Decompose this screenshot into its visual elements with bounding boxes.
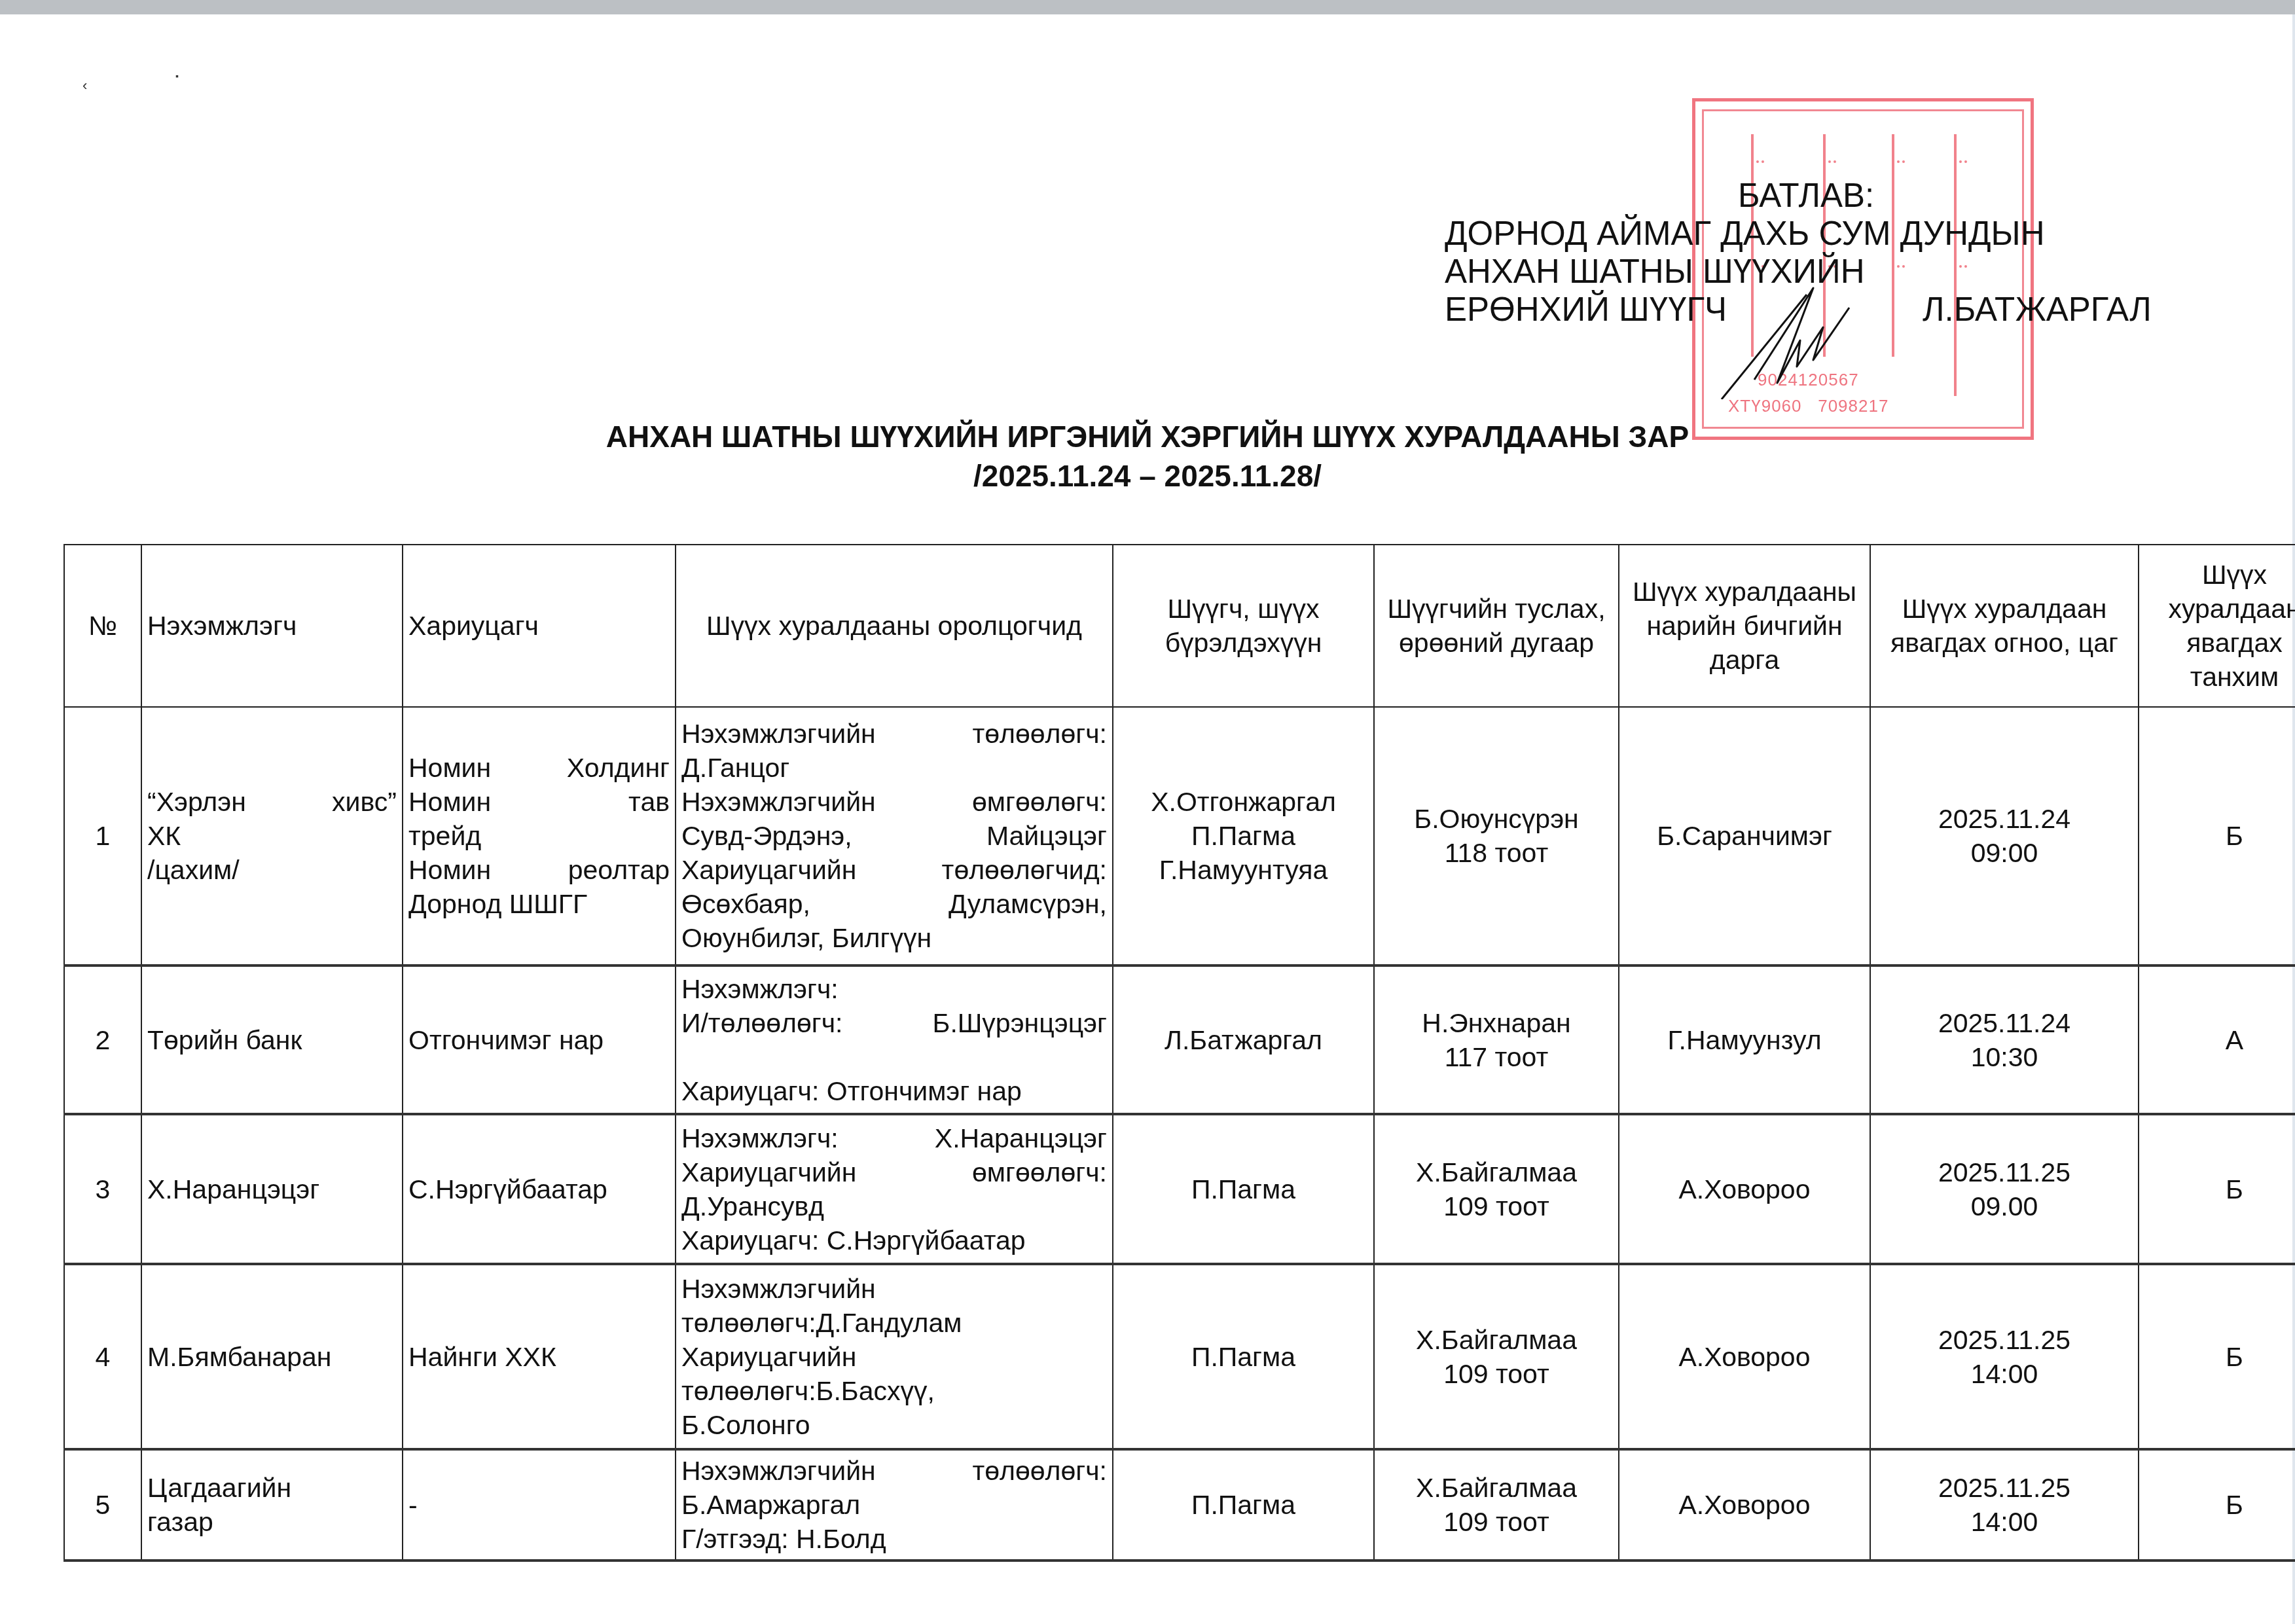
- assistant-cell: Х.Байгалмаа109 тоот: [1374, 1264, 1619, 1449]
- datetime-cell: 2025.11.2509.00: [1870, 1114, 2139, 1264]
- participants-cell-line: Хариуцагчийн өмгөөлөгч:: [681, 1155, 1107, 1189]
- scan-speck: ▪: [175, 71, 179, 81]
- judges-cell-line: Г.Намуунтуяа: [1119, 853, 1368, 887]
- defendant-cell-line: С.Нэргүйбаатар: [408, 1172, 670, 1206]
- assistant-cell-line: 109 тоот: [1380, 1189, 1613, 1223]
- chief-judge-name: Л.БАТЖАРГАЛ: [1923, 291, 2152, 329]
- header-participants: Шүүх хуралдааны оролцогчид: [676, 545, 1113, 707]
- approval-heading: БАТЛАВ:: [1738, 177, 1874, 215]
- participants-cell-line: Нэхэмжлэгчийн төлөөлөгч:: [681, 717, 1107, 751]
- datetime-cell-line: 2025.11.24: [1876, 1006, 2133, 1040]
- defendant-cell-line: Номин тав: [408, 785, 670, 819]
- clerk-cell: Г.Намуунзул: [1619, 965, 1870, 1114]
- datetime-cell-line: 2025.11.25: [1876, 1155, 2133, 1189]
- defendant-cell-line: -: [408, 1488, 670, 1522]
- table-header-row: № Нэхэмжлэгч Хариуцагч Шүүх хуралдааны о…: [64, 545, 2295, 707]
- defendant-cell: Найнги ХХК: [403, 1264, 676, 1449]
- assistant-cell-line: 109 тоот: [1380, 1357, 1613, 1391]
- assistant-cell-line: Х.Байгалмаа: [1380, 1323, 1613, 1357]
- defendant-cell-line: трейд: [408, 819, 670, 853]
- defendant-cell-line: Номин Холдинг: [408, 751, 670, 785]
- participants-cell-line: Б.Амаржаргал: [681, 1488, 1107, 1522]
- scan-speck: ‹: [82, 77, 87, 94]
- approval-line: ЕРӨНХИЙ ШҮҮГЧ: [1445, 291, 1727, 329]
- row-number: 5: [64, 1449, 141, 1561]
- assistant-cell: Н.Энхнаран117 тоот: [1374, 965, 1619, 1114]
- datetime-cell-line: 2025.11.25: [1876, 1471, 2133, 1505]
- table-row: 2Төрийн банкОтгончимэг нарНэхэмжлэгч:И/т…: [64, 965, 2295, 1114]
- judges-cell: П.Пагма: [1113, 1449, 1374, 1561]
- participants-cell-line: Сувд-Эрдэнэ, Майцэцэг: [681, 819, 1107, 853]
- signature: [1715, 268, 1885, 399]
- table-row: 5Цагдаагийнгазар-Нэхэмжлэгчийн төлөөлөгч…: [64, 1449, 2295, 1561]
- datetime-cell-line: 2025.11.25: [1876, 1323, 2133, 1357]
- participants-cell-line: Нэхэмжлэгчийн төлөөлөгч:: [681, 1454, 1107, 1488]
- table-row: 3Х.НаранцэцэгС.НэргүйбаатарНэхэмжлэгч: Х…: [64, 1114, 2295, 1264]
- assistant-cell: Б.Оюунсүрэн118 тоот: [1374, 707, 1619, 965]
- participants-cell-line: Хариуцагчийн төлөөлөгчид:: [681, 853, 1107, 887]
- participants-cell: Нэхэмжлэгчийн төлөөлөгч:Д.ГанцогНэхэмжлэ…: [676, 707, 1113, 965]
- plaintiff-cell-line: /цахим/: [147, 853, 397, 887]
- defendant-cell: Номин ХолдингНомин тавтрейдНомин реолтар…: [403, 707, 676, 965]
- datetime-cell-line: 14:00: [1876, 1357, 2133, 1391]
- header-defendant: Хариуцагч: [403, 545, 676, 707]
- plaintiff-cell-line: газар: [147, 1505, 397, 1539]
- participants-cell-line: Нэхэмжлэгчийн: [681, 1272, 1107, 1306]
- judges-cell-line: П.Пагма: [1119, 1340, 1368, 1374]
- room-cell: Б: [2139, 707, 2295, 965]
- room-cell: А: [2139, 965, 2295, 1114]
- participants-cell-line: Оюунбилэг, Билгүүн: [681, 921, 1107, 955]
- assistant-cell-line: 117 тоот: [1380, 1040, 1613, 1074]
- judges-cell-line: Х.Отгонжаргал: [1119, 785, 1368, 819]
- document-date-range: /2025.11.24 – 2025.11.28/: [0, 458, 2295, 494]
- participants-cell-line: төлөөлөгч:Д.Гандулам: [681, 1306, 1107, 1340]
- participants-cell: Нэхэмжлэгч: Х.НаранцэцэгХариуцагчийн өмг…: [676, 1114, 1113, 1264]
- participants-cell: Нэхэмжлэгчийнтөлөөлөгч:Д.ГандуламХариуца…: [676, 1264, 1113, 1449]
- participants-cell-line: Б.Солонго: [681, 1408, 1107, 1442]
- participants-cell-line: [681, 1040, 1107, 1074]
- datetime-cell-line: 09.00: [1876, 1189, 2133, 1223]
- judges-cell-line: Л.Батжаргал: [1119, 1023, 1368, 1057]
- approval-line: ДОРНОД АЙМАГ ДАХЬ СУМ ДУНДЫН: [1445, 215, 2045, 253]
- participants-cell-line: Өсөхбаяр, Дуламсүрэн,: [681, 887, 1107, 921]
- clerk-cell: А.Ховороо: [1619, 1114, 1870, 1264]
- clerk-cell: А.Ховороо: [1619, 1449, 1870, 1561]
- assistant-cell-line: Х.Байгалмаа: [1380, 1471, 1613, 1505]
- judges-cell-line: П.Пагма: [1119, 1172, 1368, 1206]
- participants-cell-line: Д.Урансувд: [681, 1189, 1107, 1223]
- participants-cell-line: Нэхэмжлэгч:: [681, 972, 1107, 1006]
- participants-cell-line: төлөөлөгч:Б.Басхүү,: [681, 1374, 1107, 1408]
- room-cell: Б: [2139, 1114, 2295, 1264]
- assistant-cell-line: 118 тоот: [1380, 836, 1613, 870]
- plaintiff-cell-line: Төрийн банк: [147, 1023, 397, 1057]
- participants-cell: Нэхэмжлэгч:И/төлөөлөгч: Б.ШүрэнцэцэгХари…: [676, 965, 1113, 1114]
- participants-cell: Нэхэмжлэгчийн төлөөлөгч:Б.АмаржаргалГ/эт…: [676, 1449, 1113, 1561]
- plaintiff-cell-line: “Хэрлэн хивс”: [147, 785, 397, 819]
- judges-cell: П.Пагма: [1113, 1264, 1374, 1449]
- row-number: 2: [64, 965, 141, 1114]
- defendant-cell-line: Номин реолтар: [408, 853, 670, 887]
- datetime-cell: 2025.11.2409:00: [1870, 707, 2139, 965]
- header-room: Шүүх хуралдаан явагдах танхим: [2139, 545, 2295, 707]
- plaintiff-cell-line: Х.Наранцэцэг: [147, 1172, 397, 1206]
- defendant-cell: С.Нэргүйбаатар: [403, 1114, 676, 1264]
- stamp-mongolian-script: [1954, 134, 1976, 396]
- header-plaintiff: Нэхэмжлэгч: [141, 545, 403, 707]
- table-body: 1“Хэрлэн хивс”ХК/цахим/Номин ХолдингНоми…: [64, 707, 2295, 1561]
- clerk-cell: Б.Саранчимэг: [1619, 707, 1870, 965]
- datetime-cell-line: 09:00: [1876, 836, 2133, 870]
- row-number: 1: [64, 707, 141, 965]
- judges-cell: П.Пагма: [1113, 1114, 1374, 1264]
- participants-cell-line: Г/этгээд: Н.Болд: [681, 1522, 1107, 1556]
- judges-cell: Л.Батжаргал: [1113, 965, 1374, 1114]
- assistant-cell-line: Н.Энхнаран: [1380, 1006, 1613, 1040]
- defendant-cell-line: Дорнод ШШГГ: [408, 887, 670, 921]
- row-number: 3: [64, 1114, 141, 1264]
- document-title: АНХАН ШАТНЫ ШҮҮХИЙН ИРГЭНИЙ ХЭРГИЙН ШҮҮХ…: [0, 419, 2295, 454]
- plaintiff-cell: “Хэрлэн хивс”ХК/цахим/: [141, 707, 403, 965]
- header-datetime: Шүүх хуралдаан явагдах огноо, цаг: [1870, 545, 2139, 707]
- defendant-cell: Отгончимэг нар: [403, 965, 676, 1114]
- room-cell: Б: [2139, 1264, 2295, 1449]
- table-row: 1“Хэрлэн хивс”ХК/цахим/Номин ХолдингНоми…: [64, 707, 2295, 965]
- datetime-cell: 2025.11.2410:30: [1870, 965, 2139, 1114]
- plaintiff-cell: Х.Наранцэцэг: [141, 1114, 403, 1264]
- plaintiff-cell-line: Цагдаагийн: [147, 1471, 397, 1505]
- judges-cell: Х.ОтгонжаргалП.ПагмаГ.Намуунтуяа: [1113, 707, 1374, 965]
- participants-cell-line: Нэхэмжлэгч: Х.Наранцэцэг: [681, 1121, 1107, 1155]
- scan-top-edge: [0, 0, 2295, 14]
- defendant-cell-line: Найнги ХХК: [408, 1340, 670, 1374]
- participants-cell-line: Д.Ганцог: [681, 751, 1107, 785]
- clerk-cell: А.Ховороо: [1619, 1264, 1870, 1449]
- room-cell: Б: [2139, 1449, 2295, 1561]
- header-judges: Шүүгч, шүүх бүрэлдэхүүн: [1113, 545, 1374, 707]
- header-clerk: Шүүх хуралдааны нарийн бичгийн дарга: [1619, 545, 1870, 707]
- datetime-cell-line: 14:00: [1876, 1505, 2133, 1539]
- assistant-cell-line: Х.Байгалмаа: [1380, 1155, 1613, 1189]
- row-number: 4: [64, 1264, 141, 1449]
- assistant-cell-line: 109 тоот: [1380, 1505, 1613, 1539]
- header-assistant: Шүүгчийн туслах, өрөөний дугаар: [1374, 545, 1619, 707]
- participants-cell-line: Нэхэмжлэгчийн өмгөөлөгч:: [681, 785, 1107, 819]
- plaintiff-cell-line: ХК: [147, 819, 397, 853]
- datetime-cell-line: 10:30: [1876, 1040, 2133, 1074]
- plaintiff-cell-line: М.Бямбанаран: [147, 1340, 397, 1374]
- judges-cell-line: П.Пагма: [1119, 819, 1368, 853]
- plaintiff-cell: Цагдаагийнгазар: [141, 1449, 403, 1561]
- hearing-schedule-table: № Нэхэмжлэгч Хариуцагч Шүүх хуралдааны о…: [63, 544, 2295, 1562]
- participants-cell-line: И/төлөөлөгч: Б.Шүрэнцэцэг: [681, 1006, 1107, 1040]
- participants-cell-line: Хариуцагчийн: [681, 1340, 1107, 1374]
- participants-cell-line: Хариуцагч: С.Нэргүйбаатар: [681, 1223, 1107, 1257]
- assistant-cell: Х.Байгалмаа109 тоот: [1374, 1114, 1619, 1264]
- datetime-cell: 2025.11.2514:00: [1870, 1264, 2139, 1449]
- assistant-cell-line: Б.Оюунсүрэн: [1380, 802, 1613, 836]
- datetime-cell: 2025.11.2514:00: [1870, 1449, 2139, 1561]
- table-row: 4М.БямбанаранНайнги ХХКНэхэмжлэгчийнтөлө…: [64, 1264, 2295, 1449]
- defendant-cell-line: Отгончимэг нар: [408, 1023, 670, 1057]
- datetime-cell-line: 2025.11.24: [1876, 802, 2133, 836]
- defendant-cell: -: [403, 1449, 676, 1561]
- judges-cell-line: П.Пагма: [1119, 1488, 1368, 1522]
- participants-cell-line: Хариуцагч: Отгончимэг нар: [681, 1074, 1107, 1108]
- header-number: №: [64, 545, 141, 707]
- assistant-cell: Х.Байгалмаа109 тоот: [1374, 1449, 1619, 1561]
- plaintiff-cell: Төрийн банк: [141, 965, 403, 1114]
- plaintiff-cell: М.Бямбанаран: [141, 1264, 403, 1449]
